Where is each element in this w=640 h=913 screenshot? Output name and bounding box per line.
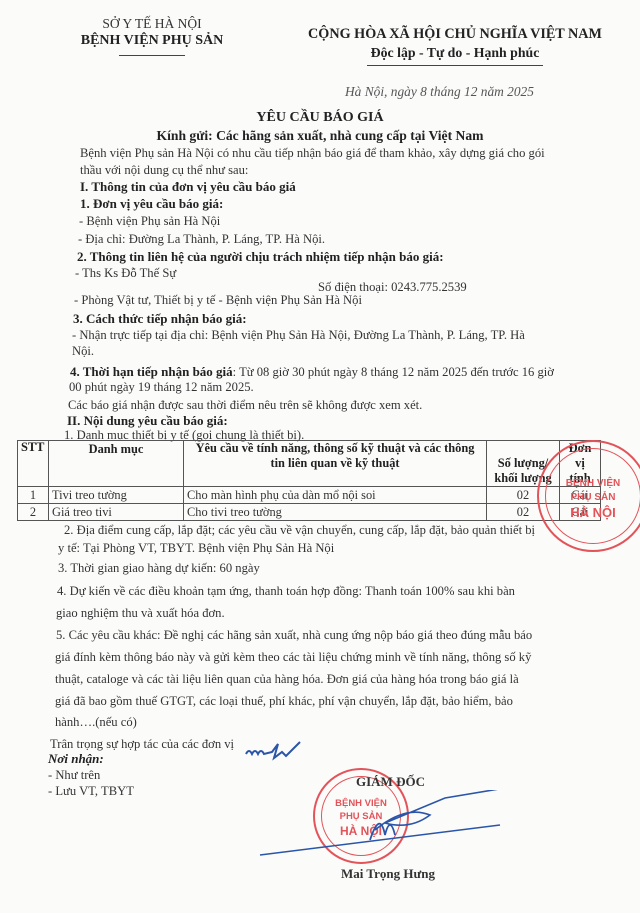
motto-underline <box>367 65 543 66</box>
requester-name: - Bệnh viện Phụ sản Hà Nội <box>79 214 220 229</box>
item5-line-5: hành….(nếu có) <box>55 715 137 730</box>
agency-name: SỞ Y TẾ HÀ NỘI <box>72 16 232 32</box>
recipients-line-2: - Lưu VT, TBYT <box>48 784 134 799</box>
item5-line-2: giá đính kèm thông báo này và gửi kèm th… <box>55 650 531 665</box>
initials-signature-icon <box>244 740 304 762</box>
sub4-heading: 4. Thời hạn tiếp nhận báo giá <box>70 364 233 379</box>
item4-line-2: giao nghiệm thu và xuất hóa đơn. <box>56 606 225 621</box>
header-underline <box>119 55 185 56</box>
closing-line: Trân trọng sự hợp tác của các đơn vị <box>50 737 234 752</box>
stamp-text-1: BỆNH VIỆN <box>539 478 640 489</box>
hospital-name: BỆNH VIỆN PHỤ SẢN <box>72 33 232 49</box>
cell-spec: Cho màn hình phụ của dàn mổ nội soi <box>184 487 487 504</box>
cell-spec: Cho tivi treo tường <box>184 504 487 521</box>
document-date: Hà Nội, ngày 8 tháng 12 năm 2025 <box>345 84 534 100</box>
table-header-row: STT Danh mục Yêu cầu về tính năng, thông… <box>18 441 601 487</box>
col-stt: STT <box>18 441 49 487</box>
deadline-text-2: 00 phút ngày 19 tháng 12 năm 2025. <box>69 380 254 395</box>
item5-line-1: 5. Các yêu cầu khác: Đề nghị các hãng sả… <box>56 628 532 643</box>
cell-stt: 2 <box>18 504 49 521</box>
document-page: SỞ Y TẾ HÀ NỘI BỆNH VIỆN PHỤ SẢN CỘNG HÒ… <box>0 0 640 913</box>
recipients-line-1: - Như trên <box>48 768 100 783</box>
sub3-heading: 3. Cách thức tiếp nhận báo giá: <box>73 311 247 327</box>
official-stamp-partial: BỆNH VIỆN PHỤ SẢN HÀ NỘI <box>537 440 640 552</box>
cell-item: Giá treo tivi <box>49 504 184 521</box>
delivery-address-1: - Nhận trực tiếp tại địa chỉ: Bệnh viện … <box>72 328 525 343</box>
items-table: STT Danh mục Yêu cầu về tính năng, thông… <box>17 440 601 521</box>
stamp-text-2: PHỤ SẢN <box>539 492 640 503</box>
intro-line-2: thầu với nội dung cụ thể như sau: <box>80 163 248 178</box>
director-signature-icon <box>255 790 505 860</box>
deadline-note: Các báo giá nhận được sau thời điểm nêu … <box>68 398 422 413</box>
item2-line-1: 2. Địa điểm cung cấp, lắp đặt; các yêu c… <box>64 523 535 538</box>
stamp-text-3: HÀ NỘI <box>539 505 640 520</box>
deadline-line-1: 4. Thời hạn tiếp nhận báo giá: Từ 08 giờ… <box>70 363 554 381</box>
cell-stt: 1 <box>18 487 49 504</box>
sub2-heading: 2. Thông tin liên hệ của người chịu trác… <box>77 249 444 265</box>
col-spec: Yêu cầu về tính năng, thông số kỹ thuật … <box>184 441 487 487</box>
table-row: 2 Giá treo tivi Cho tivi treo tường 02 C… <box>18 504 601 521</box>
intro-line-1: Bệnh viện Phụ sản Hà Nội có nhu cầu tiếp… <box>80 146 545 161</box>
country-name: CỘNG HÒA XÃ HỘI CHỦ NGHĨA VIỆT NAM <box>300 26 610 43</box>
contact-name: - Ths Ks Đỗ Thế Sự <box>75 266 176 281</box>
item3: 3. Thời gian giao hàng dự kiến: 60 ngày <box>58 561 260 576</box>
deadline-text-1: : Từ 08 giờ 30 phút ngày 8 tháng 12 năm … <box>233 365 554 379</box>
sub1-heading: 1. Đơn vị yêu cầu báo giá: <box>80 196 223 212</box>
item5-line-4: giá đã bao gồm thuế GTGT, các loại thuế,… <box>55 694 513 709</box>
signer-name: Mai Trọng Hưng <box>341 866 435 882</box>
col-item: Danh mục <box>49 441 184 487</box>
signer-title: GIÁM ĐỐC <box>356 774 425 790</box>
section-1-heading: I. Thông tin của đơn vị yêu cầu báo giá <box>80 179 296 195</box>
item4-line-1: 4. Dự kiến về các điều khoản tạm ứng, th… <box>57 584 515 599</box>
motto: Độc lập - Tự do - Hạnh phúc <box>300 45 610 61</box>
recipient-line: Kính gửi: Các hãng sản xuất, nhà cung cấ… <box>0 128 640 144</box>
recipients-heading: Nơi nhận: <box>48 751 104 767</box>
item2-line-2: y tế: Tại Phòng VT, TBYT. Bệnh viện Phụ … <box>58 541 334 556</box>
issuer-header: SỞ Y TẾ HÀ NỘI BỆNH VIỆN PHỤ SẢN <box>72 16 232 56</box>
cell-item: Tivi treo tường <box>49 487 184 504</box>
requester-address: - Địa chỉ: Đường La Thành, P. Láng, TP. … <box>78 232 325 247</box>
national-header: CỘNG HÒA XÃ HỘI CHỦ NGHĨA VIỆT NAM Độc l… <box>300 26 610 66</box>
contact-department: - Phòng Vật tư, Thiết bị y tế - Bệnh việ… <box>74 293 362 308</box>
delivery-address-2: Nội. <box>72 344 94 359</box>
item5-line-3: thuật, cataloge và các tài liệu liên qua… <box>55 672 519 687</box>
table-row: 1 Tivi treo tường Cho màn hình phụ của d… <box>18 487 601 504</box>
document-title: YÊU CẦU BÁO GIÁ <box>0 110 640 126</box>
section-2-heading: II. Nội dung yêu cầu báo giá: <box>67 413 228 429</box>
